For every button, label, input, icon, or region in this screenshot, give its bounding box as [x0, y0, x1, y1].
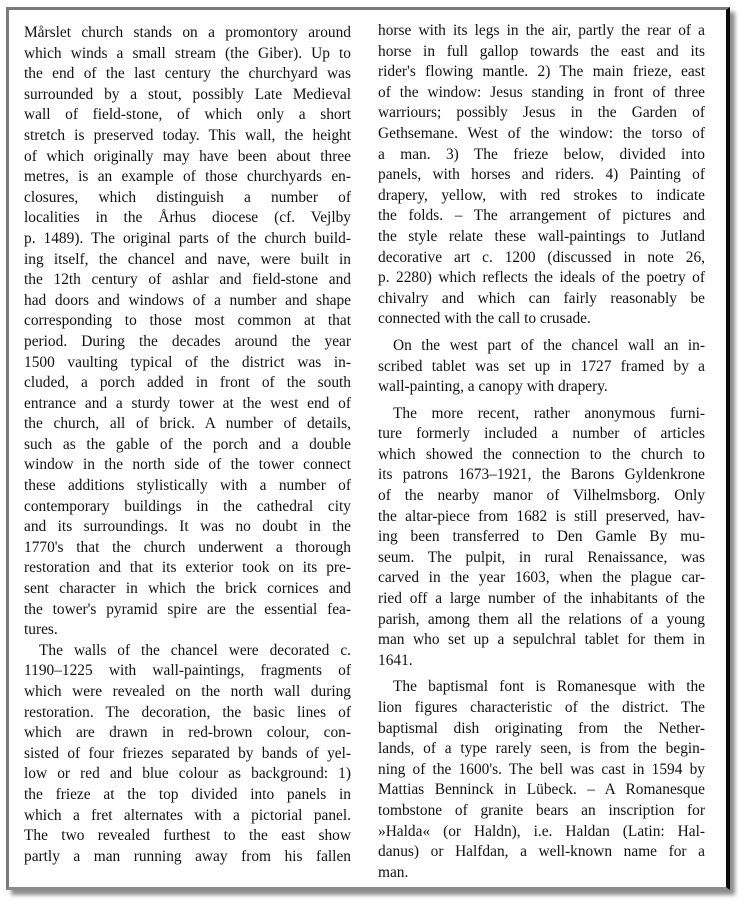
text-line: man. — [378, 863, 705, 884]
text-line: wall-painting, a canopy with drapery. — [378, 377, 705, 398]
text-line: seum. The pulpit, in rural Renaissance, … — [378, 548, 705, 569]
text-line: its patrons 1673–1921, the Barons Gylden… — [378, 465, 705, 486]
text-line: 1190–1225 with wall-paintings, fragments… — [24, 661, 351, 682]
text-line: Mattias Benninck in Lübeck. – A Romanesq… — [378, 780, 705, 801]
text-line: localities in the Århus diocese (cf. Vej… — [24, 208, 351, 229]
text-line: which are drawn in red-brown colour, con… — [24, 723, 351, 744]
text-line: sent character in which the brick cornic… — [24, 579, 351, 600]
text-line: cluded, a porch added in front of the so… — [24, 373, 351, 394]
text-line: panels, with horses and riders. 4) Paint… — [378, 165, 705, 186]
text-line: decorative art c. 1200 (discussed in not… — [378, 248, 705, 269]
text-line: warriours; possibly Jesus in the Garden … — [378, 103, 705, 124]
text-line: which a fret alternates with a pictorial… — [24, 806, 351, 827]
text-line: On the west part of the chancel wall an … — [378, 336, 705, 357]
text-line: baptismal dish originating from the Neth… — [378, 719, 705, 740]
text-line: »Halda« (or Haldn), i.e. Haldan (Latin: … — [378, 822, 705, 843]
text-line: horse with its legs in the air, partly t… — [378, 21, 705, 42]
text-line: lands, of a type rarely seen, is from th… — [378, 739, 705, 760]
text-line: drapery, yellow, with red strokes to ind… — [378, 186, 705, 207]
text-line: ture formerly included a number of artic… — [378, 424, 705, 445]
text-line: contemporary buildings in the cathedral … — [24, 497, 351, 518]
text-line: and its surroundings. It was no doubt in… — [24, 517, 351, 538]
text-line: rider's flowing mantle. 2) The main frie… — [378, 62, 705, 83]
text-line: ried off a large number of the inhabitan… — [378, 589, 705, 610]
text-line: the frieze at the top divided into panel… — [24, 785, 351, 806]
paragraph-tablet: On the west part of the chancel wall an … — [378, 336, 705, 398]
text-line: the altar-piece from 1682 is still prese… — [378, 507, 705, 528]
text-line: of the window: Jesus standing in front o… — [378, 83, 705, 104]
text-line: 1641. — [378, 651, 705, 672]
left-column: Mårslet church stands on a promontory ar… — [24, 23, 351, 867]
text-line: low or red and blue colour as background… — [24, 764, 351, 785]
paragraph-furniture: The more recent, rather anonymous furni-… — [378, 404, 705, 672]
text-line: The walls of the chancel were decorated … — [24, 641, 351, 662]
right-column: horse with its legs in the air, partly t… — [378, 21, 705, 883]
text-line: the 12th century of ashlar and field-sto… — [24, 270, 351, 291]
text-line: horse in full gallop towards the east an… — [378, 42, 705, 63]
text-line: window in the north side of the tower co… — [24, 455, 351, 476]
text-line: a man. 3) The frieze below, divided into — [378, 145, 705, 166]
text-line: period. During the decades around the ye… — [24, 332, 351, 353]
text-line: sisted of four friezes separated by band… — [24, 744, 351, 765]
text-line: ing itself, the chancel and nave, were b… — [24, 250, 351, 271]
text-line: partly a man running away from his falle… — [24, 847, 351, 868]
text-line: stretch is preserved today. This wall, t… — [24, 126, 351, 147]
text-line: corresponding to those most common at th… — [24, 311, 351, 332]
text-line: ing been transferred to Den Gamle By mu- — [378, 527, 705, 548]
text-line: 1500 vaulting typical of the district wa… — [24, 353, 351, 374]
text-line: The baptismal font is Romanesque with th… — [378, 677, 705, 698]
text-line: wall of field-stone, of which only a sho… — [24, 105, 351, 126]
text-line: the style relate these wall-paintings to… — [378, 227, 705, 248]
text-line: entrance and a sturdy tower at the west … — [24, 394, 351, 415]
text-line: man who set up a sepulchral tablet for t… — [378, 630, 705, 651]
text-line: Gethsemane. West of the window: the tors… — [378, 124, 705, 145]
text-line: The more recent, rather anonymous furni- — [378, 404, 705, 425]
text-line: which showed the connection to the churc… — [378, 445, 705, 466]
text-line: The two revealed furthest to the east sh… — [24, 826, 351, 847]
text-line: such as the gable of the porch and a dou… — [24, 435, 351, 456]
text-line: the church, all of brick. A number of de… — [24, 414, 351, 435]
text-line: danus) or Halfdan, a well-known name for… — [378, 842, 705, 863]
text-line: the folds. – The arrangement of pictures… — [378, 206, 705, 227]
text-line: connected with the call to crusade. — [378, 309, 705, 330]
text-line: lion figures characteristic of the distr… — [378, 698, 705, 719]
text-line: Mårslet church stands on a promontory ar… — [24, 23, 351, 44]
text-line: surrounded by a stout, possibly Late Med… — [24, 85, 351, 106]
text-line: chivalry and which can fairly reasonably… — [378, 289, 705, 310]
paragraph-baptismal-font: The baptismal font is Romanesque with th… — [378, 677, 705, 883]
text-line: closures, which distinguish a number of — [24, 188, 351, 209]
text-line: of the nearby manor of Vilhelmsborg. Onl… — [378, 486, 705, 507]
text-line: 1770's that the church underwent a thoro… — [24, 538, 351, 559]
text-line: the end of the last century the churchya… — [24, 64, 351, 85]
paragraph-friezes: horse with its legs in the air, partly t… — [378, 21, 705, 330]
text-line: which winds a small stream (the Giber). … — [24, 44, 351, 65]
text-line: ning of the 1600's. The bell was cast in… — [378, 760, 705, 781]
paragraph-wall-paintings: The walls of the chancel were decorated … — [24, 641, 351, 868]
text-line: carved in the year 1603, when the plague… — [378, 568, 705, 589]
text-line: parish, among them all the relations of … — [378, 610, 705, 631]
text-line: the tower's pyramid spire are the essent… — [24, 600, 351, 621]
text-line: restoration and that its exterior took o… — [24, 558, 351, 579]
text-line: p. 1489). The original parts of the chur… — [24, 229, 351, 250]
text-line: metres, is an example of those churchyar… — [24, 167, 351, 188]
text-line: which were revealed on the north wall du… — [24, 682, 351, 703]
text-line: of which originally may have been about … — [24, 147, 351, 168]
text-line: scribed tablet was set up in 1727 framed… — [378, 357, 705, 378]
text-line: tures. — [24, 620, 351, 641]
paragraph-church-description: Mårslet church stands on a promontory ar… — [24, 23, 351, 641]
text-line: tombstone of granite bears an inscriptio… — [378, 801, 705, 822]
text-line: p. 2280) which reflects the ideals of th… — [378, 268, 705, 289]
text-line: these additions stylistically with a num… — [24, 476, 351, 497]
text-line: restoration. The decoration, the basic l… — [24, 703, 351, 724]
text-line: had doors and windows of a number and sh… — [24, 291, 351, 312]
